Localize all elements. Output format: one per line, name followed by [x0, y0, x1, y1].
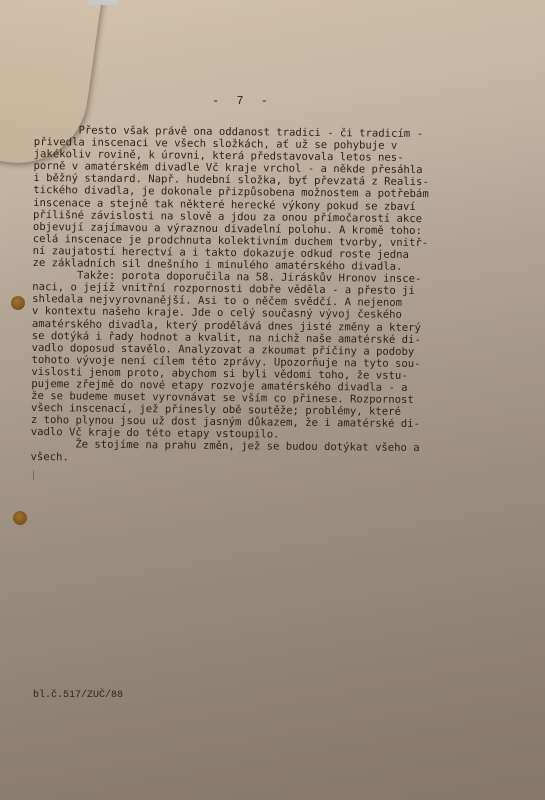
page-number: - 7 - [212, 94, 273, 108]
body-text: Přesto však právě ona oddanost tradici -… [30, 124, 504, 468]
document-page: - 7 - Přesto však právě ona oddanost tra… [0, 0, 545, 800]
pencil-mark [33, 470, 36, 480]
background-gap [88, 0, 118, 5]
footer-reference: bl.č.517/ZUČ/88 [33, 690, 123, 701]
punch-hole [11, 296, 25, 310]
text-line: Že stojíme na prahu změn, jež se budou d… [31, 438, 420, 454]
punch-hole [13, 511, 27, 525]
text-line: všech. [30, 451, 68, 463]
